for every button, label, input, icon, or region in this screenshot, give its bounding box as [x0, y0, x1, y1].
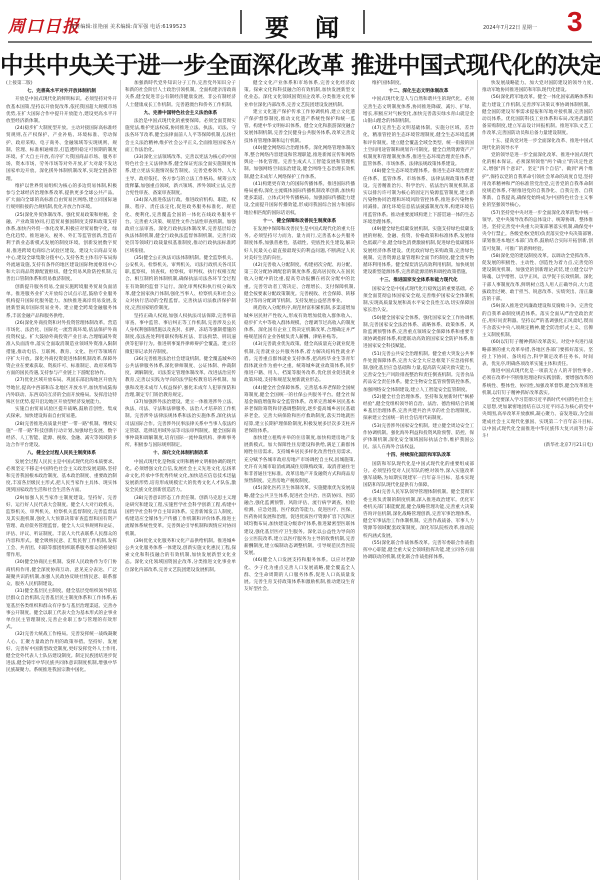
- paragraph: 创新提升服务贸易,全面实施跨境服务贸易负面清单。推进服务业扩大开放综合试点示范,…: [6, 284, 117, 320]
- text-column-2: 加强新時代党外知识分子工作,完善党外知识分子和新的社会阶层人士政治引领机制。全面…: [125, 80, 240, 880]
- paragraph: 推进中国式现代化是一项前无古人的开创性事业,必须在改革中不断推进理论和实践创新。…: [482, 368, 593, 397]
- paragraph: (25)深化外贸体制改革。强化贸易政策和财税、金融、产业政策协同,打造贸易强国制…: [6, 212, 117, 284]
- paragraph: (50)健全国家安全体系。强化国家安全工作协调机制,完善国家安全法治体系、战略体…: [363, 315, 474, 351]
- paragraph: 快发展战略能力。加大党对国防建设的领导力度,推动军地协同推进国防和军队现代化建设…: [482, 80, 593, 94]
- section-heading: 九、完善中国特色社会主义法治体系: [125, 110, 236, 117]
- page-number: 3: [567, 6, 583, 38]
- paragraph: 加快建立租购并举的住房制度,加快构建房地产发展新模式。加大保障性住房建设和供给,…: [244, 435, 355, 485]
- paragraph: (30)健全协商民主机制。发挥人民政协作为专门协商机构作用,健全深度协商互动、意…: [6, 559, 117, 588]
- section-heading: 十二、深化生态文明体制改革: [363, 88, 474, 95]
- paragraph: (56)深化跨军地改革。健全一体化国家战略体系和能力建设工作机制,完善涉军决策议…: [482, 94, 593, 137]
- byline: (新华社北京7月21日电): [482, 442, 593, 449]
- paragraph: 规范收入分配秩序,规范财富积累机制,多渠道增加城乡居民财产性收入,形成有效增加低…: [244, 305, 355, 341]
- paragraph: (29)加强人民当家作主制度建设。坚持好、完善好、运行好人民代表大会制度。健全人…: [6, 495, 117, 560]
- paragraph: (35)健全公正执法司法体制机制。健全监察机关、公安机关、检察机关、审判机关、司…: [125, 255, 236, 313]
- text-column-4: 维护国体制度。十二、深化生态文明体制改革中国式现代化是人与自然和谐共生的现代化。…: [363, 80, 478, 880]
- paragraph: 中国式现代化是物质文明和精神文明相协调的现代化。必须增强文化自信,发展社会主义先…: [125, 459, 236, 495]
- paragraph: 维护国体制度。: [363, 80, 474, 87]
- issue-date: 2024年7月22日 星期一: [483, 24, 537, 31]
- paragraph: (47)完善生态文明基础体制。实施分区域、差异化、精准管控的生态环境管理制度,健…: [363, 125, 474, 168]
- paragraph: (51)完善公共安全治理机制。健全重大突发公共事件处置保障体系,完善大安全大应急…: [363, 351, 474, 394]
- paragraph: 在发展中保障和改善民生是中国式现代化的重大任务。必须坚持尽力而为、量力而行,完善…: [244, 226, 355, 262]
- paragraph: 坚持正确人权观,加强人权执法司法保障,完善事前审查、事中监管、事后纠正等工作机制…: [125, 313, 236, 356]
- paragraph: (45)深化医药卫生体制改革。实施健康优先发展战略,健全公共卫生体系,促进社会共…: [244, 485, 355, 557]
- editor-credits: 责任编辑:崔艳丽 美术编辑:苗军强 电话:6199523: [70, 23, 186, 30]
- paragraph: 维护以世界贸易组织为核心的多边贸易体制,积极参与全球经济治理体系改革,提供更多全…: [6, 183, 117, 212]
- section-heading: 十三、推进国家安全体系和能力现代化: [363, 277, 474, 284]
- paragraph: 十五、提高党对进一步全面深化改革、推进中国式现代化的领导水平: [482, 138, 593, 152]
- text-column-1: (上接第二版)七、完善高水平对外开放体制机制开放是中国式现代化的鲜明标识。必须坚…: [6, 80, 121, 880]
- paragraph: (26)深化外商投资和对外投资管理体制改革。营造市场化、法治化、国际化一流营商环…: [6, 320, 117, 378]
- paragraph: (36)完善推进法治社会建设机制。健全覆盖城乡的公共法律服务体系,深化律师制度、…: [125, 356, 236, 399]
- paragraph: (54)完善人民军队领导管理体制机制。健全贯彻军委主席负责制的制度机制,深入推进…: [363, 489, 474, 539]
- section-heading: 十、深化文化体制机制改革: [125, 450, 236, 457]
- paragraph: (59)深入推进党风廉政建设和反腐败斗争。完善党的自我革命制度规范体系。落实全面…: [482, 303, 593, 339]
- paragraph: (58)深化党的建设制度改革。以调动全党抓改革、促发展的积极性、主动性、创造性为…: [482, 253, 593, 303]
- paragraph: (43)完善就业优先政策。健全高质量充分就业促进机制,完善就业公共服务体系,着力…: [244, 341, 355, 384]
- paragraph: 中国式现代化是人与自然和谐共生的现代化。必须完善生态文明制度体系,协同推进降碳、…: [363, 96, 474, 125]
- masthead-rule: [8, 41, 592, 43]
- divider: [240, 10, 242, 34]
- paragraph: 建立文化遗产保护传承工作协调机构,建立文化遗产保护督察制度,推动文化遗产系统性保…: [244, 109, 355, 145]
- text-column-5: 快发展战略能力。加大党对国防建设的领导力度,推动军地协同推进国防和军队现代化建设…: [482, 80, 596, 880]
- paragraph: (42)完善收入分配制度。构建初次分配、再分配、第三次分配协调配套的制度体系,提…: [244, 262, 355, 305]
- paragraph: (55)深化联合作战体系改革。完善军委联合作战指挥中心职能,健全重大安全领域指挥…: [363, 540, 474, 562]
- headline: 中共中央关于进一步全面深化改革 推进中国式现代化的决定: [0, 46, 600, 80]
- paragraph: 加强新時代党外知识分子工作,完善党外知识分子和新的社会阶层人士政治引领机制。全面…: [125, 80, 236, 109]
- section-title-left: 要: [265, 8, 289, 43]
- section-heading: 七、完善高水平对外开放体制机制: [6, 88, 117, 95]
- paragraph: 党的领导是进一步全面深化改革、推进中国式现代化的根本保证。必须深刻领悟"两个确立…: [482, 152, 593, 210]
- paragraph: (33)深化立法领域改革。完善以宪法为核心的中国特色社会主义法律体系,健全保证宪…: [125, 154, 236, 197]
- paragraph: (48)健全生态环境治理体系。推进生态环境治理责任体系、监管体系、市场体系、法律…: [363, 168, 474, 226]
- text-column-3: 健全文化产业体系和市场体系,完善文化经济政策。探索文化和科技融合的有效机制,加快…: [244, 80, 359, 880]
- paragraph: (31)健全基层民主制度。健全基层党组织领导的基层群众自治机制,完善基层民主制度…: [6, 588, 117, 631]
- paragraph: (24)稳步扩大制度型开放。主动对接国际高标准经贸规则,在产权保护、产业补贴、环…: [6, 125, 117, 183]
- paragraph: 实施自由贸易试验区提升战略,鼓励首创性、集成式探索。加快建设海南自由贸易港。: [6, 406, 117, 420]
- article-body: (上接第二版)七、完善高水平对外开放体制机制开放是中国式现代化的鲜明标识。必须坚…: [6, 80, 596, 880]
- paragraph: 法治是中国式现代化的重要保障。必须全面贯彻实施宪法,维护宪法权威,协同推进立法、…: [125, 118, 236, 154]
- paragraph: (39)优化文化服务和文化产品供给机制。推进城乡公共文化服务体系一体建设,创新实…: [125, 538, 236, 574]
- paragraph: 开放是中国式现代化的鲜明标识。必须坚持对外开放基本国策,坚持以开放促改革,依托我…: [6, 96, 117, 125]
- section-heading: 十四、持续深化国防和军队改革: [363, 452, 474, 459]
- paragraph: (52)健全社会治理体系。坚持和发展新时代"枫桥经验",健全党组织领导的自治、法…: [363, 394, 474, 423]
- paragraph: (46)健全人口发展支持和服务体系。以应对老龄化、少子化为重点完善人口发展战略,…: [244, 557, 355, 593]
- section-title-right: 闻: [315, 8, 339, 43]
- paragraph: (28)完善推进高质量共建"一带一路"机制。继续实施"一带一路"科技创新行动计划…: [6, 421, 117, 450]
- paragraph: (38)完善意识形态工作责任制。创新马克思主义理论研究和建设工程,实施哲学社会科…: [125, 495, 236, 538]
- paragraph: (27)优化区域开放布局。巩固东部沿海地区开放先导地位,提高中西部和东北地区开放…: [6, 377, 117, 406]
- paragraph: (60)以钉钉子精神抓好改革落实。对党中央进行战略部署的重大改革举措,各地区各部…: [482, 339, 593, 368]
- paragraph: 发展全过程人民民主是中国式现代化的本质要求。必须坚定不移走中国特色社会主义政治发…: [6, 459, 117, 495]
- paragraph: (44)健全社会保障体系。完善基本养老保险全国统筹制度,健全全国统一的社保公共服…: [244, 385, 355, 435]
- paragraph: (34)深入推进依法行政。推进政府机构、职能、权限、程序、责任法定化,促进政务服…: [125, 197, 236, 255]
- section-heading: 八、健全全过程人民民主制度体系: [6, 450, 117, 457]
- paragraph: 全党要深入学习贯彻习近平新时代中国特色社会主义思想,更加紧密地团结在以习近平同志…: [482, 397, 593, 440]
- paragraph: (57)坚持党中央对进一步全面深化改革的集中统一领导。党中央领导改革的总体设计、…: [482, 210, 593, 253]
- paragraph: 国防和军队现代化是中国式现代化的重要组成部分。必须坚持党对人民军队的绝对领导,深…: [363, 461, 474, 490]
- paragraph: 健全文化产业体系和市场体系,完善文化经济政策。探索文化和科技融合的有效机制,加快…: [244, 80, 355, 109]
- paragraph: (40)健全网络综合治理体系。深化网络管理体制改革,整合网络内容建设和管理职能,…: [244, 145, 355, 181]
- paragraph: (53)完善涉外国家安全机制。建立健全周边安全工作协调机制。强化海外利益和投资风…: [363, 423, 474, 452]
- section-heading: 十一、健全保障和改善民生制度体系: [244, 218, 355, 225]
- paragraph: (32)完善大统战工作格局。完善发挥统一战线凝聚人心、汇聚力量政治作用的政策举措…: [6, 631, 117, 674]
- paragraph: (49)健全绿色低碳发展机制。实施支持绿色低碳发展的财税、金融、投资、价格政策和…: [363, 226, 474, 276]
- masthead: 周口日报 责任编辑:崔艳丽 美术编辑:苗军强 电话:6199523 要 闻 20…: [0, 0, 600, 42]
- paragraph: 国家安全是中国式现代化行稳致远的重要基础。必须全面贯彻总体国家安全观,完善维护国…: [363, 286, 474, 315]
- paragraph: (41)构建更有效力的国际传播体系。推进国际传播格局重构,深化主流媒体国际传播机…: [244, 181, 355, 217]
- paragraph: (37)加强涉外法治建设。建立一体推进涉外立法、执法、司法、守法和法律服务、法治…: [125, 399, 236, 449]
- paragraph: (上接第二版): [6, 80, 117, 87]
- divider: [363, 10, 365, 34]
